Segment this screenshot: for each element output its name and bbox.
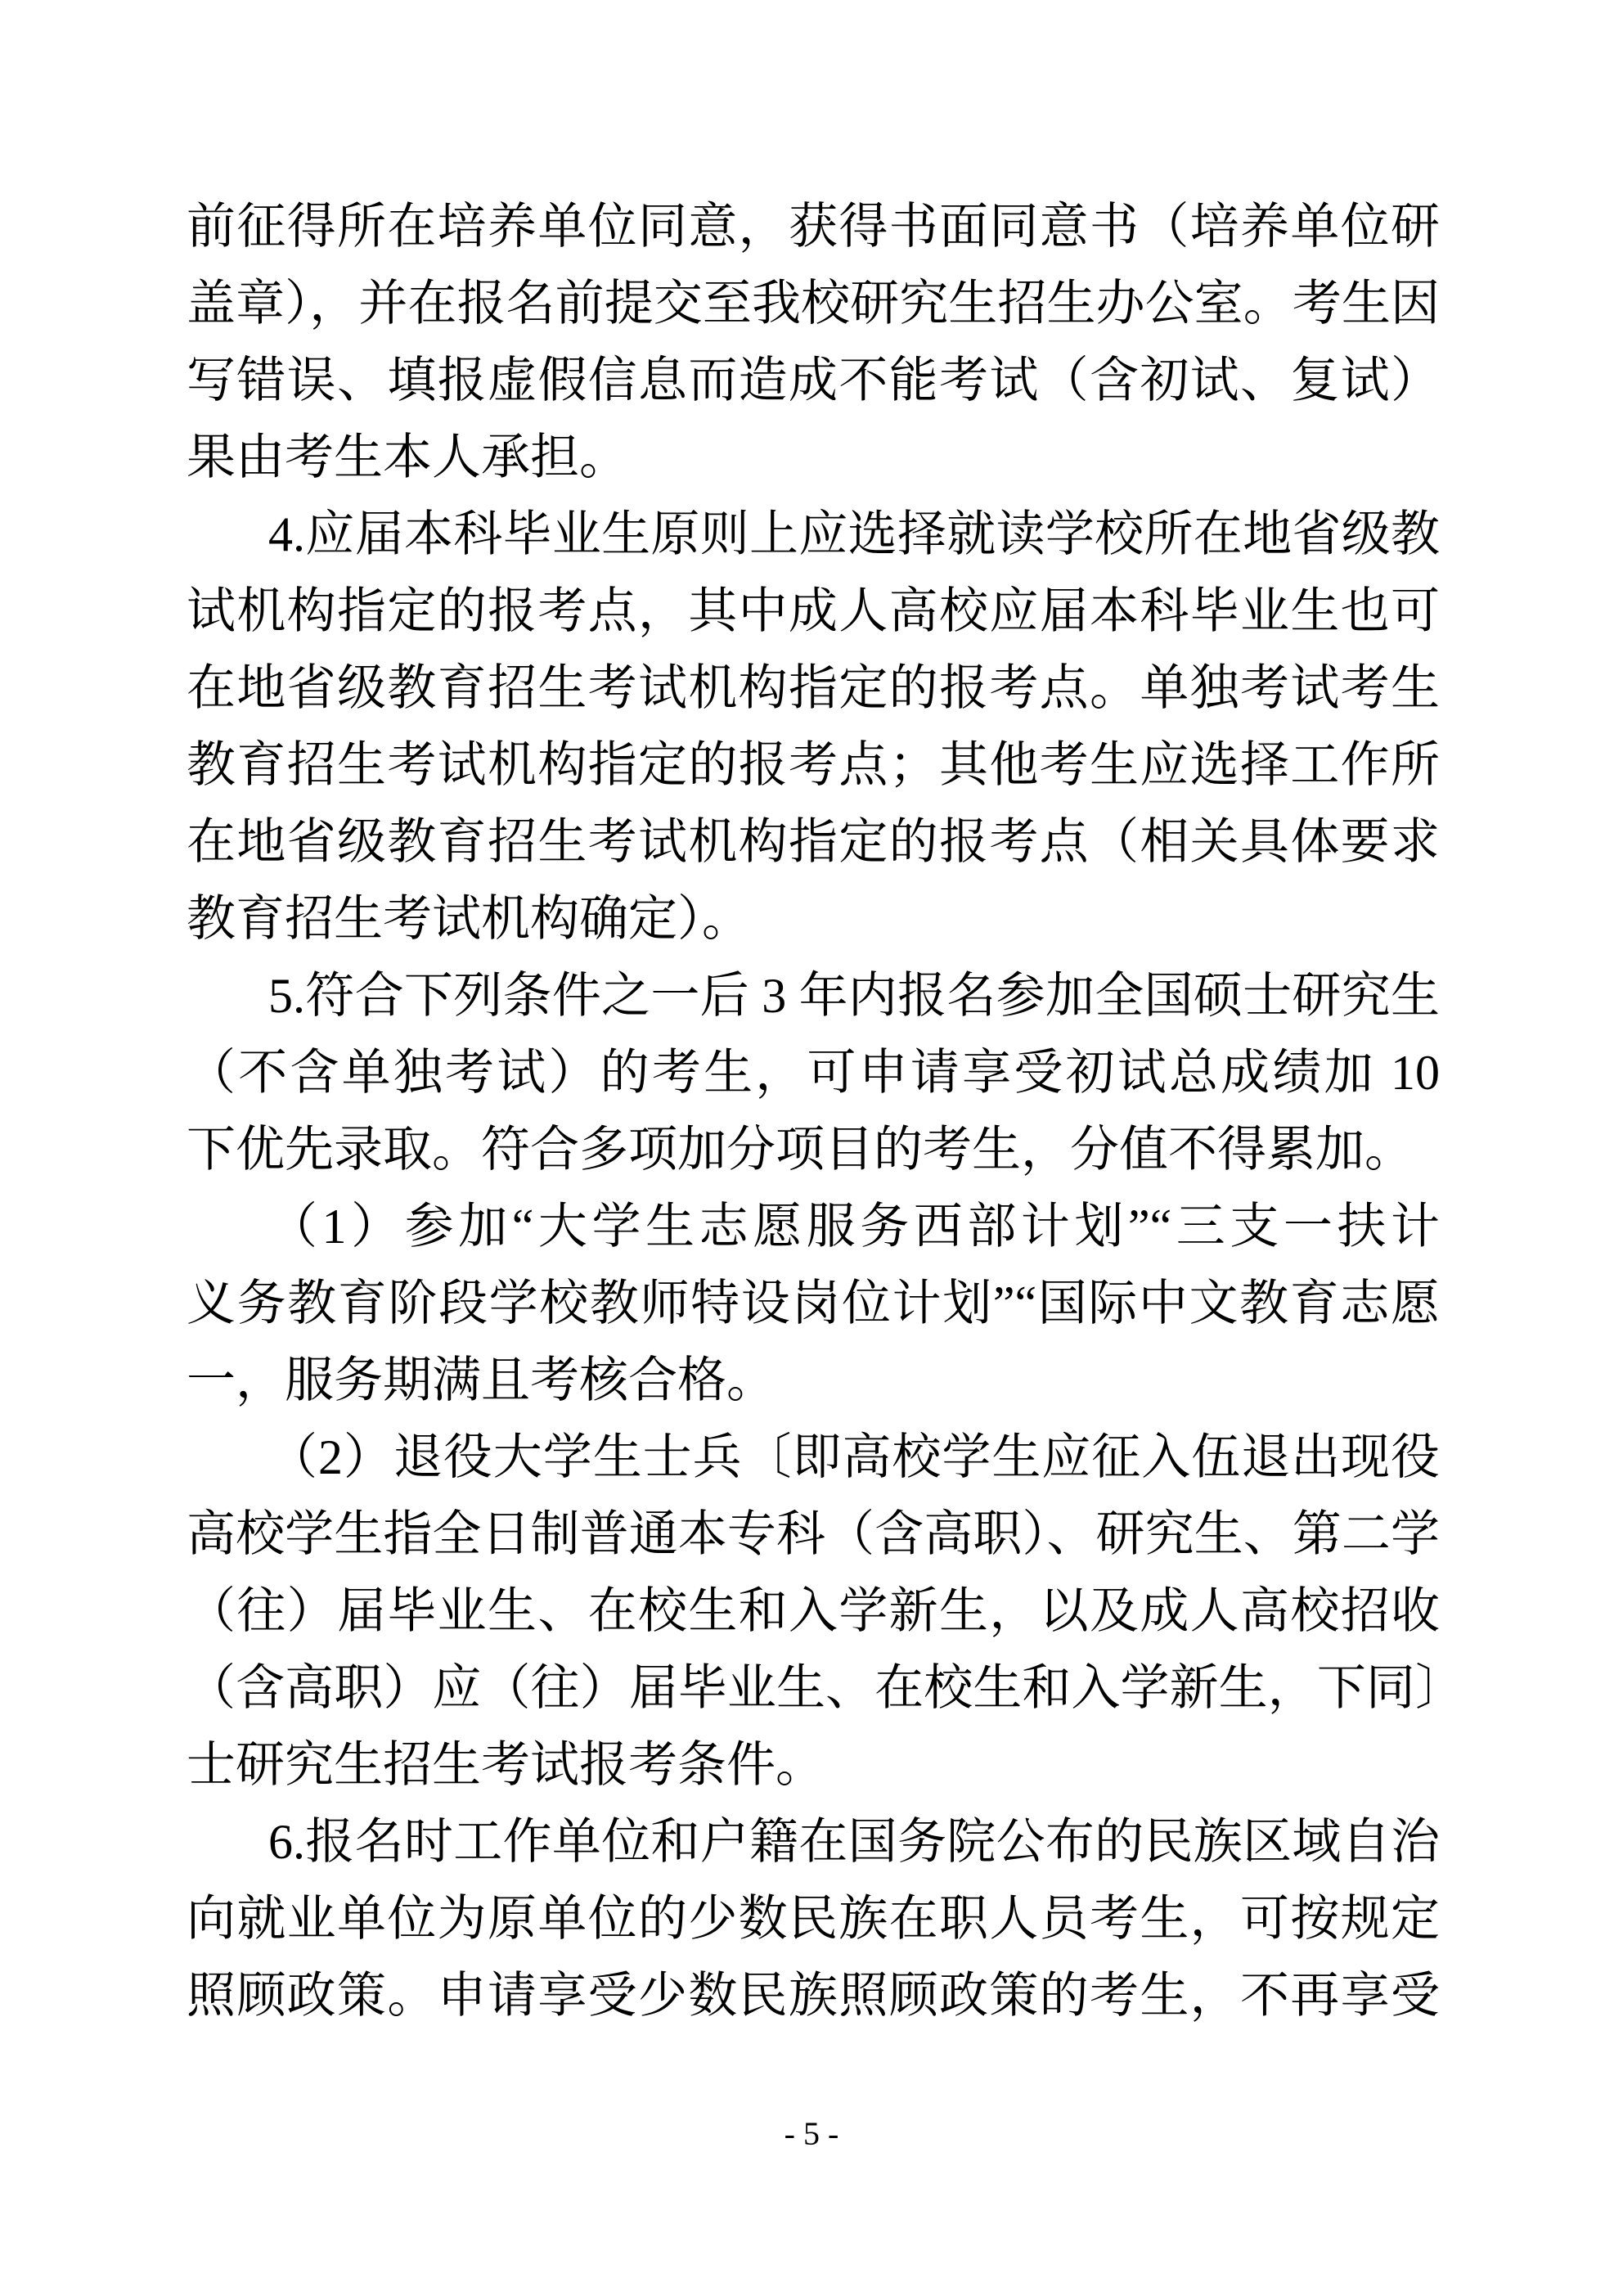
text-line: 盖章），并在报名前提交至我校研究生招生办公室。考生因网报信息填 xyxy=(187,265,1440,342)
document-page: 前征得所在培养单位同意，获得书面同意书（培养单位研究生管理部门盖章），并在报名前… xyxy=(0,0,1623,2296)
text-line: 下优先录取。符合多项加分项目的考生，分值不得累加。 xyxy=(187,1111,1440,1188)
text-line: 在地省级教育招生考试机构指定的报考点（相关具体要求由所在地省级 xyxy=(187,804,1440,880)
text-line: 一，服务期满且考核合格。 xyxy=(187,1342,1440,1419)
text-line: 前征得所在培养单位同意，获得书面同意书（培养单位研究生管理部门 xyxy=(187,188,1440,265)
text-line: 5.符合下列条件之一后 3 年内报名参加全国硕士研究生招生考试 xyxy=(187,957,1440,1034)
text-line: 高校学生指全日制普通本专科（含高职）、研究生、第二学士学位的应 xyxy=(187,1496,1440,1573)
text-line: （含高职）应（往）届毕业生、在校生和入学新生，下同〕达到全国硕 xyxy=(187,1650,1440,1727)
text-line: （2）退役大学生士兵〔即高校学生应征入伍退出现役者，其中， xyxy=(187,1419,1440,1496)
text-line: 写错误、填报虚假信息而造成不能考试（含初试、复试）或录取的，后 xyxy=(187,342,1440,419)
text-line: 果由考生本人承担。 xyxy=(187,419,1440,496)
text-line: （往）届毕业生、在校生和入学新生，以及成人高校招收的普通本专科 xyxy=(187,1573,1440,1650)
text-line: 6.报名时工作单位和户籍在国务院公布的民族区域自治地方，且定 xyxy=(187,1803,1440,1880)
text-line: 教育招生考试机构确定）。 xyxy=(187,880,1440,957)
text-line: （1）参加“大学生志愿服务西部计划”“三支一扶计划”“农村 xyxy=(187,1188,1440,1265)
text-line: 义务教育阶段学校教师特设岗位计划”“国际中文教育志愿者”项目之 xyxy=(187,1265,1440,1342)
text-line: 试机构指定的报考点，其中成人高校应届本科毕业生也可选择教学点所 xyxy=(187,573,1440,650)
text-line: 4.应届本科毕业生原则上应选择就读学校所在地省级教育招生考 xyxy=(187,496,1440,573)
text-line: 照顾政策。申请享受少数民族照顾政策的考生，不再享受初试加分政策。 xyxy=(187,1957,1440,2034)
text-line: 向就业单位为原单位的少数民族在职人员考生，可按规定享受少数民族 xyxy=(187,1880,1440,1957)
text-line: 在地省级教育招生考试机构指定的报考点。单独考试考生应选择辽宁省 xyxy=(187,650,1440,727)
page-number: - 5 - xyxy=(0,2114,1623,2154)
text-line: 教育招生考试机构指定的报考点；其他考生应选择工作所在地或户籍所 xyxy=(187,727,1440,804)
text-line: 士研究生招生考试报考条件。 xyxy=(187,1727,1440,1803)
document-body: 前征得所在培养单位同意，获得书面同意书（培养单位研究生管理部门盖章），并在报名前… xyxy=(187,188,1440,2034)
text-line: （不含单独考试）的考生，可申请享受初试总成绩加 10 分，同等条件 xyxy=(187,1034,1440,1111)
